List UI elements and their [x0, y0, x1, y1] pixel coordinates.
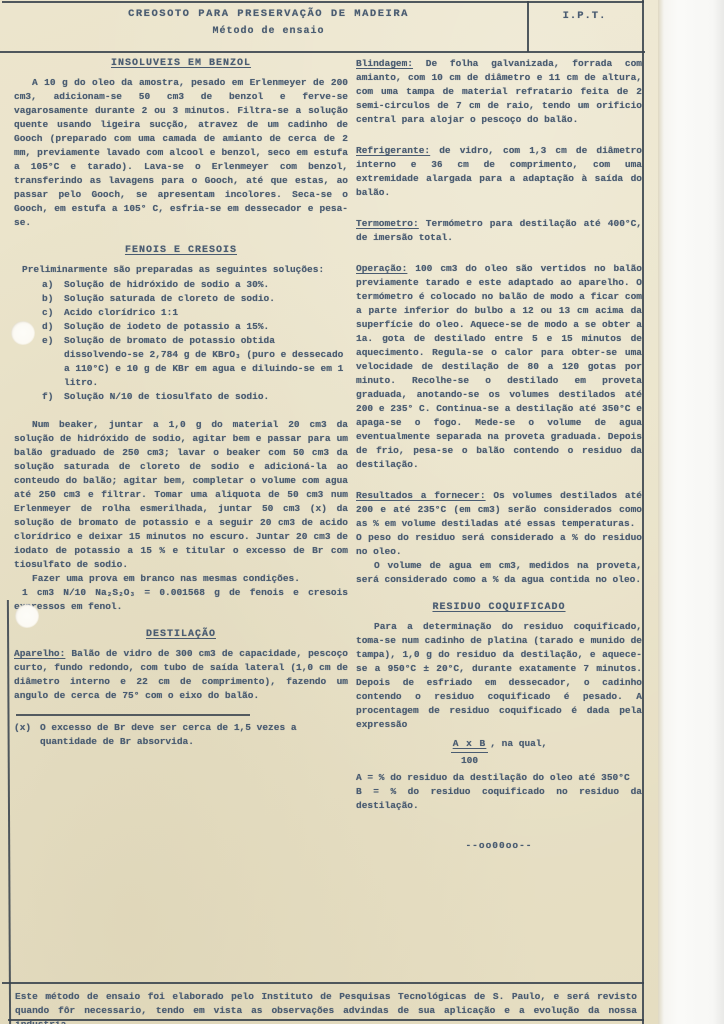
end-separator: --oo00oo--: [356, 839, 642, 853]
equivalence-line: 1 cm3 N/10 Na₂S₂O₃ = 0.001568 g de fenoi…: [14, 586, 348, 614]
list-text: Solução de iodeto de potassio a 15%.: [64, 320, 348, 334]
solutions-list: a) Solução de hidróxido de sodio a 30%. …: [42, 278, 348, 404]
blindagem-label: Blindagem:: [356, 58, 413, 69]
resultados-p3: O volume de agua em cm3, medidos na prov…: [356, 559, 642, 587]
list-item: b) Solução saturada de cloreto de sodio.: [42, 292, 348, 306]
section-heading-fenois: FENOIS E CRESOIS: [14, 244, 348, 258]
list-text: Solução de hidróxido de sodio a 30%.: [64, 278, 348, 292]
punch-hole: [15, 604, 39, 628]
resultados-label: Resultados a fornecer:: [356, 490, 486, 501]
list-item: c) Acido clorídrico 1:1: [42, 306, 348, 320]
footnote-rule: [16, 714, 250, 716]
frame-right-border: [642, 0, 644, 1024]
document-title: CREOSOTO PARA PRESERVAÇÃO DE MADEIRA: [10, 7, 527, 21]
list-marker: b): [42, 292, 64, 306]
footnote-text: O excesso de Br deve ser cerca de 1,5 ve…: [40, 721, 348, 749]
operacao-paragraph: Operação: 100 cm3 do oleo são vertidos n…: [356, 262, 642, 472]
list-text: Solução N/10 de tiosulfato de sodio.: [64, 390, 348, 404]
aparelho-label: Aparelho:: [14, 648, 65, 659]
blindagem-paragraph: Blindagem: De folha galvanizada, forrada…: [356, 57, 642, 127]
scanned-paper: CREOSOTO PARA PRESERVAÇÃO DE MADEIRA Mét…: [0, 0, 658, 1024]
termometro-label: Termometro:: [356, 218, 419, 229]
list-item: d) Solução de iodeto de potassio a 15%.: [42, 320, 348, 334]
list-marker: d): [42, 320, 64, 334]
aparelho-text: Balão de vidro de 300 cm3 de capacidade,…: [14, 648, 348, 701]
scanner-background: [658, 0, 724, 1024]
list-text: Solução de bromato de potassio obtida di…: [64, 334, 348, 390]
definition-b: B = % do residuo coquificado no residuo …: [356, 785, 642, 813]
formula-suffix: , na qual,: [490, 737, 547, 751]
refrigerante-label: Refrigerante:: [356, 145, 430, 156]
fraction: A x B 100: [451, 737, 489, 768]
frame-top-line: [2, 1, 644, 3]
resultados-paragraph: Resultados a fornecer: Os volumes destil…: [356, 489, 642, 531]
list-marker: e): [42, 334, 64, 390]
document-header: CREOSOTO PARA PRESERVAÇÃO DE MADEIRA Mét…: [10, 7, 527, 39]
right-column: Blindagem: De folha galvanizada, forrada…: [356, 57, 642, 853]
list-marker: c): [42, 306, 64, 320]
fraction-numerator: A x B: [451, 737, 489, 753]
fenois-intro: Preliminarmente são preparadas as seguin…: [14, 263, 348, 277]
operacao-text: 100 cm3 do oleo são vertidos no balão pr…: [356, 263, 642, 470]
termometro-paragraph: Termometro: Termómetro para destilação a…: [356, 217, 642, 245]
footer-top-line: [2, 982, 644, 984]
residuo-paragraph: Para a determinação do residuo coquifica…: [356, 620, 642, 732]
list-marker: f): [42, 390, 64, 404]
footer-note: Este método de ensaio foi elaborado pelo…: [15, 990, 637, 1024]
punch-hole: [11, 321, 35, 345]
section-heading-destilacao: DESTILAÇÃO: [14, 628, 348, 642]
fraction-denominator: 100: [451, 753, 489, 768]
header-bottom-line: [0, 51, 645, 53]
list-item: e) Solução de bromato de potassio obtida…: [42, 334, 348, 390]
operacao-label: Operação:: [356, 263, 407, 274]
list-text: Solução saturada de cloreto de sodio.: [64, 292, 348, 306]
section-heading-residuo: RESIDUO COQUIFICADO: [356, 601, 642, 615]
beaker-procedure-paragraph: Num beaker, juntar a 1,0 g do material 2…: [14, 418, 348, 572]
list-text: Acido clorídrico 1:1: [64, 306, 348, 320]
formula-definitions: A = % do residuo da destilação do oleo a…: [356, 771, 642, 813]
resultados-p2: O peso do residuo será considerado a % d…: [356, 531, 642, 559]
left-column: INSOLUVEIS EM BENZOL A 10 g do oleo da a…: [14, 57, 348, 749]
list-item: f) Solução N/10 de tiosulfato de sodio.: [42, 390, 348, 404]
refrigerante-paragraph: Refrigerante: de vidro, com 1,3 cm de di…: [356, 144, 642, 200]
footnote: (x) O excesso de Br deve ser cerca de 1,…: [14, 721, 348, 749]
list-marker: a): [42, 278, 64, 292]
footnote-marker: (x): [14, 721, 40, 749]
benzol-paragraph: A 10 g do oleo da amostra, pesado em Erl…: [14, 76, 348, 230]
definition-a: A = % do residuo da destilação do oleo a…: [356, 771, 642, 785]
list-item: a) Solução de hidróxido de sodio a 30%.: [42, 278, 348, 292]
section-heading-insoluveis: INSOLUVEIS EM BENZOL: [14, 57, 348, 71]
blank-test-line: Fazer uma prova em branco nas mesmas con…: [14, 572, 348, 586]
aparelho-paragraph: Aparelho: Balão de vidro de 300 cm3 de c…: [14, 647, 348, 703]
coke-residue-formula: A x B 100 , na qual,: [356, 737, 642, 768]
organization-label: I.P.T.: [527, 9, 642, 23]
frame-left-border: [7, 600, 11, 1024]
document-subtitle: Método de ensaio: [10, 25, 527, 39]
